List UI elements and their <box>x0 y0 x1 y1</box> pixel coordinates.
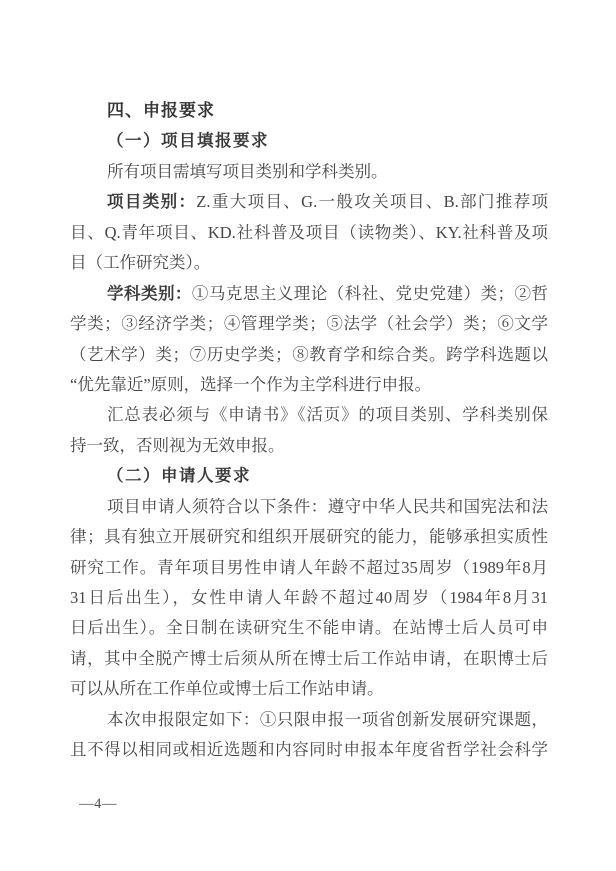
text-segment: 所有项目需填写项目类别和学科类别。 <box>107 162 388 181</box>
text-segment: 请，其中全脱产博士后须从所在博士后工作站申请，在职博士后 <box>70 649 548 668</box>
text-line: 本次申报限定如下：①只限申报一项省创新发展研究课题， <box>70 705 548 735</box>
text-line: 日后出生）。全日制在读研究生不能申请。在站博士后人员可申 <box>70 613 548 643</box>
text-line: 目、Q.青年项目、KD.社科普及项目（读物类）、KY.社科普及项 <box>70 218 548 248</box>
text-line: 所有项目需填写项目类别和学科类别。 <box>70 157 548 187</box>
text-segment: 可以从所在工作单位或博士后工作站申请。 <box>70 679 384 698</box>
subsection-heading: （二）申请人要求 <box>70 461 548 491</box>
document-body: 四、申报要求（一）项目填报要求所有项目需填写项目类别和学科类别。项目类别：Z.重… <box>70 96 548 766</box>
text-segment: 持一致，否则视为无效申报。 <box>70 436 285 455</box>
text-segment: “优先靠近”原则，选择一个作为主学科进行申报。 <box>70 375 431 394</box>
text-segment: 目（工作研究类）。 <box>70 253 210 272</box>
text-segment: （艺术学）类；⑦历史学类；⑧教育学和综合类。跨学科选题以 <box>70 345 548 364</box>
text-segment: 目、Q.青年项目、KD.社科普及项目（读物类）、KY.社科普及项 <box>70 223 548 242</box>
text-segment: 本次申报限定如下：①只限申报一项省创新发展研究课题， <box>107 710 548 729</box>
text-line: （艺术学）类；⑦历史学类；⑧教育学和综合类。跨学科选题以 <box>70 340 548 370</box>
text-segment: 日后出生）。全日制在读研究生不能申请。在站博士后人员可申 <box>70 618 548 637</box>
text-line: 汇总表必须与《申请书》《活页》的项目类别、学科类别保 <box>70 400 548 430</box>
text-line: 律；具有独立开展研究和组织开展研究的能力，能够承担实质性 <box>70 522 548 552</box>
text-segment: 31日后出生），女性申请人年龄不超过40周岁（1984年8月31 <box>70 588 548 607</box>
text-segment: 律；具有独立开展研究和组织开展研究的能力，能够承担实质性 <box>70 527 548 546</box>
text-line: 学科类别：①马克思主义理论（科社、党史党建）类；②哲 <box>70 279 548 309</box>
text-segment: 汇总表必须与《申请书》《活页》的项目类别、学科类别保 <box>107 405 548 424</box>
text-segment: Z.重大项目、G.一般攻关项目、B.部门推荐项 <box>196 192 548 211</box>
text-line: 且不得以相同或相近选题和内容同时申报本年度省哲学社会科学 <box>70 735 548 765</box>
section-heading: 四、申报要求 <box>70 96 548 126</box>
bold-label: 项目类别： <box>107 192 196 211</box>
text-line: 请，其中全脱产博士后须从所在博士后工作站申请，在职博士后 <box>70 644 548 674</box>
text-segment: 学类；③经济学类；④管理学类；⑤法学（社会学）类；⑥文学 <box>70 314 548 333</box>
text-line: 学类；③经济学类；④管理学类；⑤法学（社会学）类；⑥文学 <box>70 309 548 339</box>
text-segment: 项目申请人须符合以下条件：遵守中华人民共和国宪法和法 <box>107 497 548 516</box>
page-number: —4— <box>70 794 126 814</box>
text-segment: ①马克思主义理论（科社、党史党建）类；②哲 <box>192 284 548 303</box>
bold-label: 学科类别： <box>107 284 192 303</box>
text-line: 可以从所在工作单位或博士后工作站申请。 <box>70 674 548 704</box>
subsection-heading: （一）项目填报要求 <box>70 126 548 156</box>
text-line: 项目申请人须符合以下条件：遵守中华人民共和国宪法和法 <box>70 492 548 522</box>
text-segment: 研究工作。青年项目男性申请人年龄不超过35周岁（1989年8月 <box>70 558 548 577</box>
text-line: 31日后出生），女性申请人年龄不超过40周岁（1984年8月31 <box>70 583 548 613</box>
text-line: 研究工作。青年项目男性申请人年龄不超过35周岁（1989年8月 <box>70 553 548 583</box>
text-line: “优先靠近”原则，选择一个作为主学科进行申报。 <box>70 370 548 400</box>
text-line: 项目类别：Z.重大项目、G.一般攻关项目、B.部门推荐项 <box>70 187 548 217</box>
document-page: 四、申报要求（一）项目填报要求所有项目需填写项目类别和学科类别。项目类别：Z.重… <box>0 0 616 871</box>
text-line: 持一致，否则视为无效申报。 <box>70 431 548 461</box>
text-line: 目（工作研究类）。 <box>70 248 548 278</box>
text-segment: 且不得以相同或相近选题和内容同时申报本年度省哲学社会科学 <box>70 740 548 759</box>
